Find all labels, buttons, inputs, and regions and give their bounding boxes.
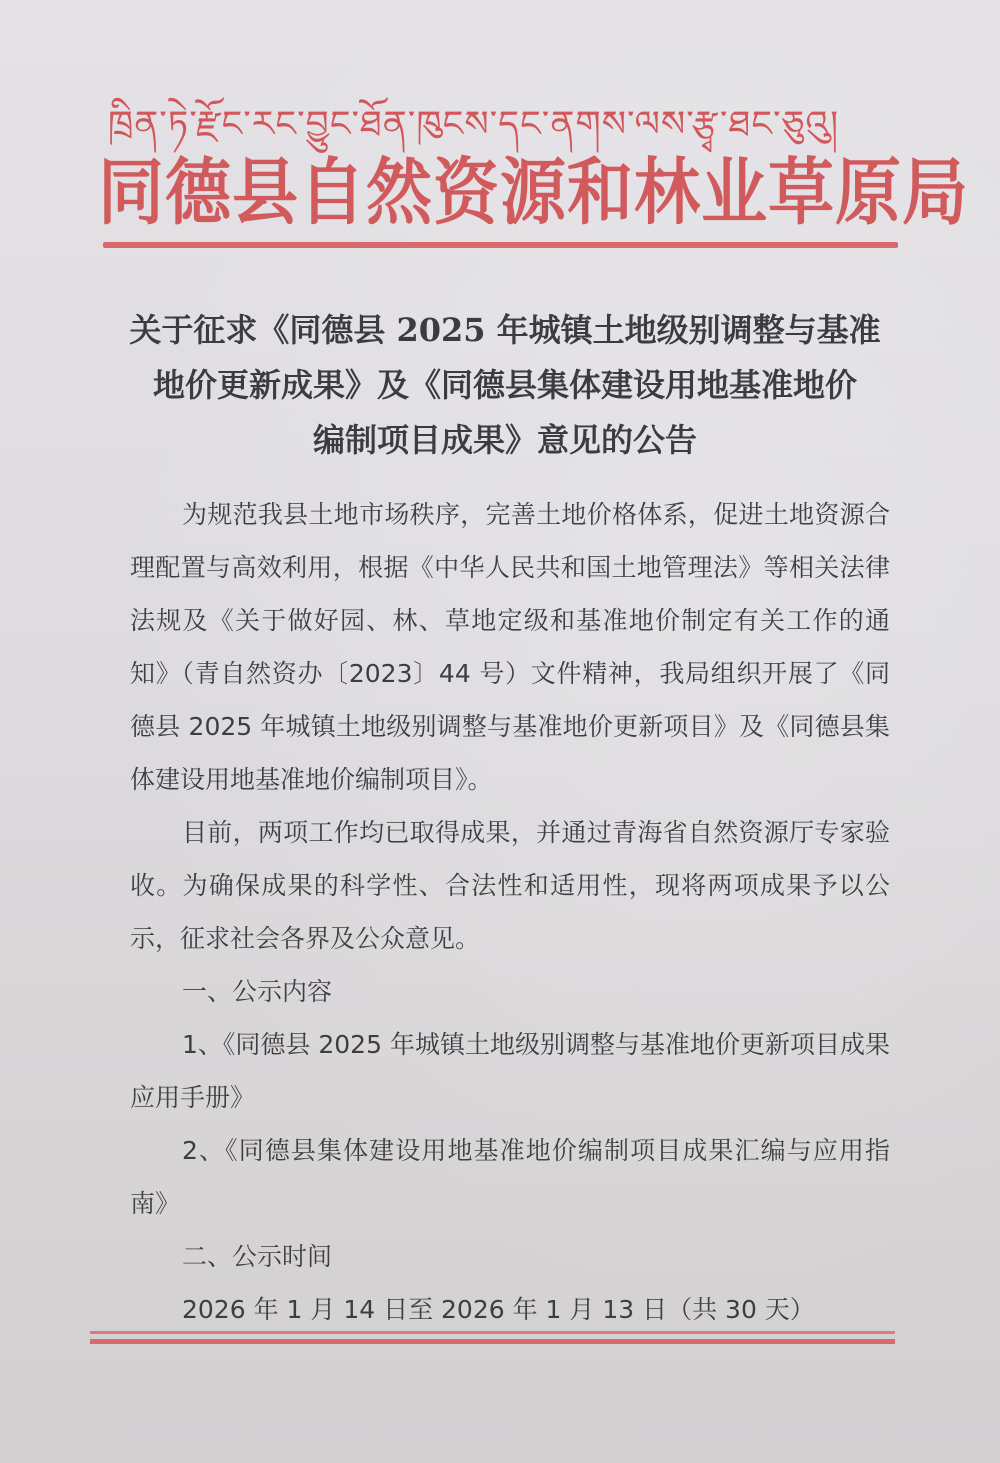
notice-title-line-2: 地价更新成果》及《同德县集体建设用地基准地价 [120, 358, 890, 413]
letterhead-divider [103, 242, 898, 248]
publicity-period: 2026 年 1 月 14 日至 2026 年 1 月 13 日（共 30 天） [130, 1283, 890, 1336]
letterhead-org-name: 同德县自然资源和林业草原局 [98, 148, 908, 236]
notice-title: 关于征求《同德县 2025 年城镇土地级别调整与基准 地价更新成果》及《同德县集… [120, 303, 890, 468]
content-item-1: 1、《同德县 2025 年城镇土地级别调整与基准地价更新项目成果应用手册》 [130, 1018, 890, 1124]
footer-divider-thin [90, 1331, 895, 1334]
paragraph-purpose: 目前，两项工作均已取得成果，并通过青海省自然资源厅专家验收。为确保成果的科学性、… [130, 806, 890, 965]
letterhead-tibetan-name: ཁྲིན་ཏེ་རྫོང་རང་བྱུང་ཐོན་ཁུངས་དང་ནགས་ལས་… [108, 95, 908, 155]
paragraph-background: 为规范我县土地市场秩序，完善土地价格体系，促进土地资源合理配置与高效利用，根据《… [130, 488, 890, 806]
notice-title-line-1: 关于征求《同德县 2025 年城镇土地级别调整与基准 [120, 303, 890, 358]
section-heading-time: 二、公示时间 [130, 1230, 890, 1283]
content-item-2: 2、《同德县集体建设用地基准地价编制项目成果汇编与应用指南》 [130, 1124, 890, 1230]
footer-divider-thick [90, 1339, 895, 1344]
notice-body: 为规范我县土地市场秩序，完善土地价格体系，促进土地资源合理配置与高效利用，根据《… [130, 488, 890, 1336]
section-heading-content: 一、公示内容 [130, 965, 890, 1018]
notice-title-line-3: 编制项目成果》意见的公告 [120, 413, 890, 468]
